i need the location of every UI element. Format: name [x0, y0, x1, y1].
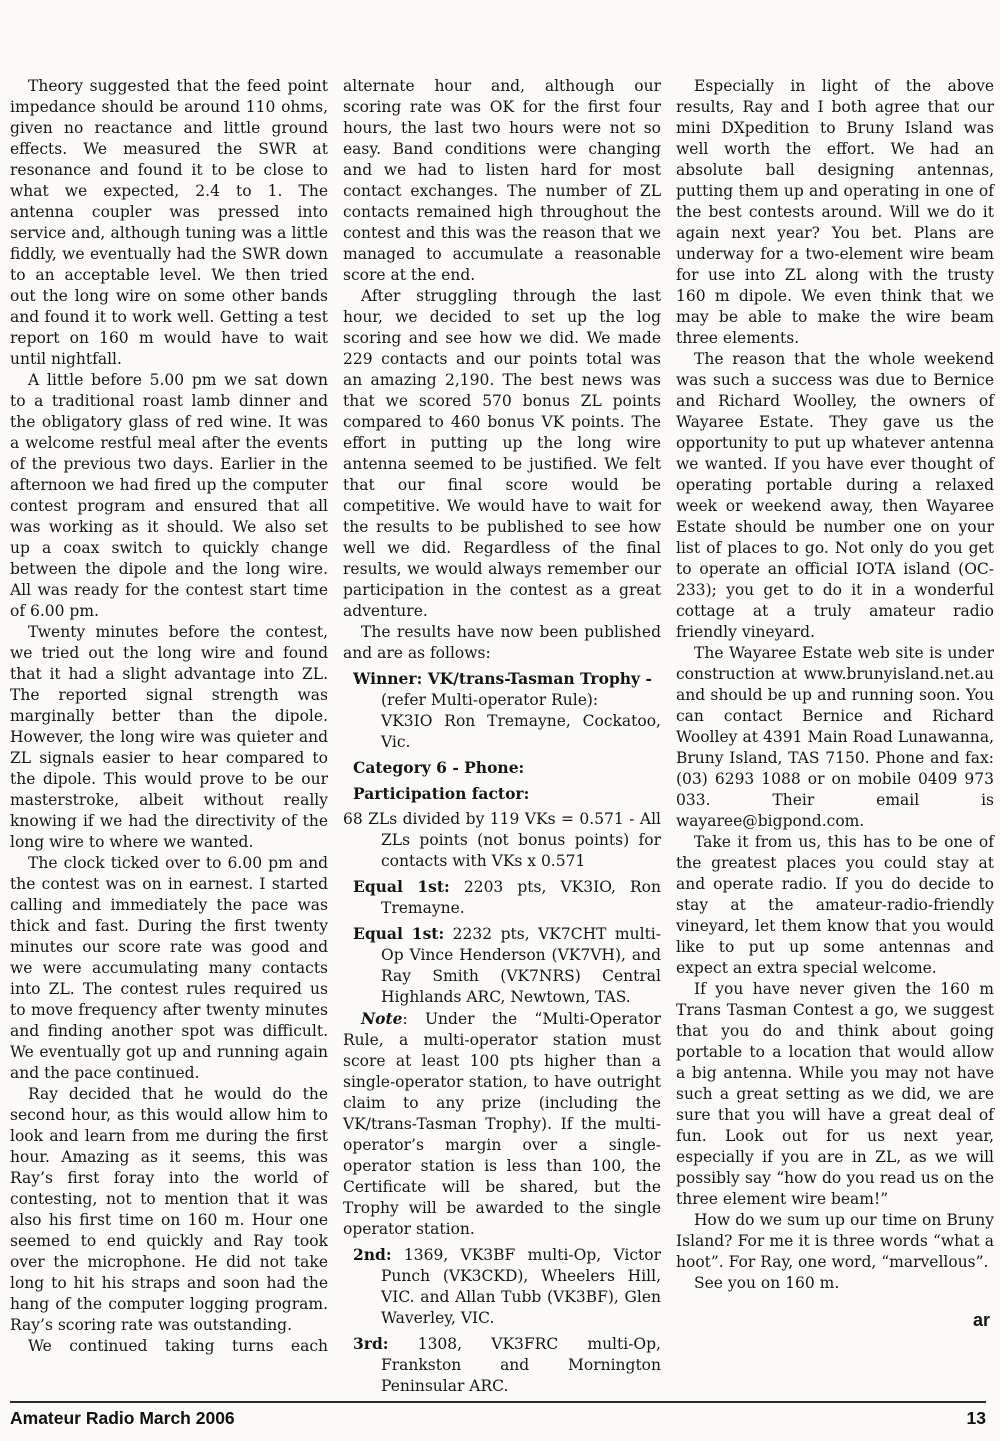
result-winner: Winner: VK/trans-Tasman Trophy -	[343, 668, 661, 690]
body-paragraph: Twenty minutes before the contest, we tr…	[10, 622, 328, 853]
body-paragraph: The reason that the whole weekend was su…	[676, 349, 994, 643]
body-paragraph: Theory suggested that the feed point imp…	[10, 76, 328, 370]
result-second-place: 2nd: 1369, VK3BF multi-Op, Victor Punch …	[343, 1244, 661, 1329]
body-paragraph: Especially in light of the above results…	[676, 76, 994, 349]
multi-operator-note: Note: Under the “Multi-Operator Rule, a …	[343, 1008, 661, 1240]
result-label: 2nd:	[353, 1245, 392, 1264]
note-label: Note	[361, 1009, 403, 1028]
body-paragraph: The results have now been published and …	[343, 622, 661, 664]
article-body: Theory suggested that the feed point imp…	[0, 0, 1000, 1397]
article-end-mark: ar	[676, 1310, 994, 1331]
note-text: : Under the “Multi-Operator Rule, a mult…	[343, 1010, 661, 1238]
result-participation-label: Participation factor:	[353, 784, 529, 803]
body-paragraph: Ray decided that he would do the second …	[10, 1084, 328, 1336]
result-text: 1369, VK3BF multi-Op, Victor Punch (VK3C…	[381, 1246, 661, 1327]
body-paragraph: The clock ticked over to 6.00 pm and the…	[10, 853, 328, 1084]
result-winner-station: VK3IO Ron Tremayne, Cockatoo, Vic.	[343, 711, 661, 753]
body-paragraph: See you on 160 m.	[676, 1273, 994, 1294]
result-participation-factor: 68 ZLs divided by 119 VKs = 0.571 - All …	[343, 809, 661, 872]
result-category-heading: Category 6 - Phone:	[343, 757, 661, 779]
result-third-place: 3rd: 1308, VK3FRC multi-Op, Frankston an…	[343, 1333, 661, 1397]
body-paragraph: After struggling through the last hour, …	[343, 286, 661, 622]
result-text: 1308, VK3FRC multi-Op, Frankston and Mor…	[381, 1335, 661, 1395]
magazine-page: Theory suggested that the feed point imp…	[0, 0, 1000, 1441]
body-paragraph: We continued taking turns each	[10, 1336, 328, 1357]
result-label: Equal 1st:	[353, 924, 444, 943]
body-paragraph: alternate hour and, although our scoring…	[343, 76, 661, 286]
result-category-label: Category 6 - Phone:	[353, 758, 524, 777]
column-3: Especially in light of the above results…	[676, 76, 994, 1397]
body-paragraph: Take it from us, this has to be one of t…	[676, 832, 994, 979]
page-footer: Amateur Radio March 2006 13	[10, 1401, 986, 1429]
body-paragraph: How do we sum up our time on Bruny Islan…	[676, 1210, 994, 1273]
column-1: Theory suggested that the feed point imp…	[10, 76, 328, 1397]
body-paragraph: A little before 5.00 pm we sat down to a…	[10, 370, 328, 622]
result-label: Equal 1st:	[353, 877, 450, 896]
result-winner-rule: (refer Multi-operator Rule):	[343, 690, 661, 711]
column-2: alternate hour and, although our scoring…	[343, 76, 661, 1397]
result-equal-first-2: Equal 1st: 2232 pts, VK7CHT multi-Op Vin…	[343, 923, 661, 1008]
body-paragraph: If you have never given the 160 m Trans …	[676, 979, 994, 1210]
result-participation-heading: Participation factor:	[343, 783, 661, 805]
result-winner-title: Winner: VK/trans-Tasman Trophy -	[353, 669, 652, 688]
result-equal-first-1: Equal 1st: 2203 pts, VK3IO, Ron Tremayne…	[343, 876, 661, 919]
page-number: 13	[967, 1408, 986, 1429]
body-paragraph: The Wayaree Estate web site is under con…	[676, 643, 994, 832]
journal-title: Amateur Radio March 2006	[10, 1408, 235, 1429]
result-label: 3rd:	[353, 1334, 389, 1353]
